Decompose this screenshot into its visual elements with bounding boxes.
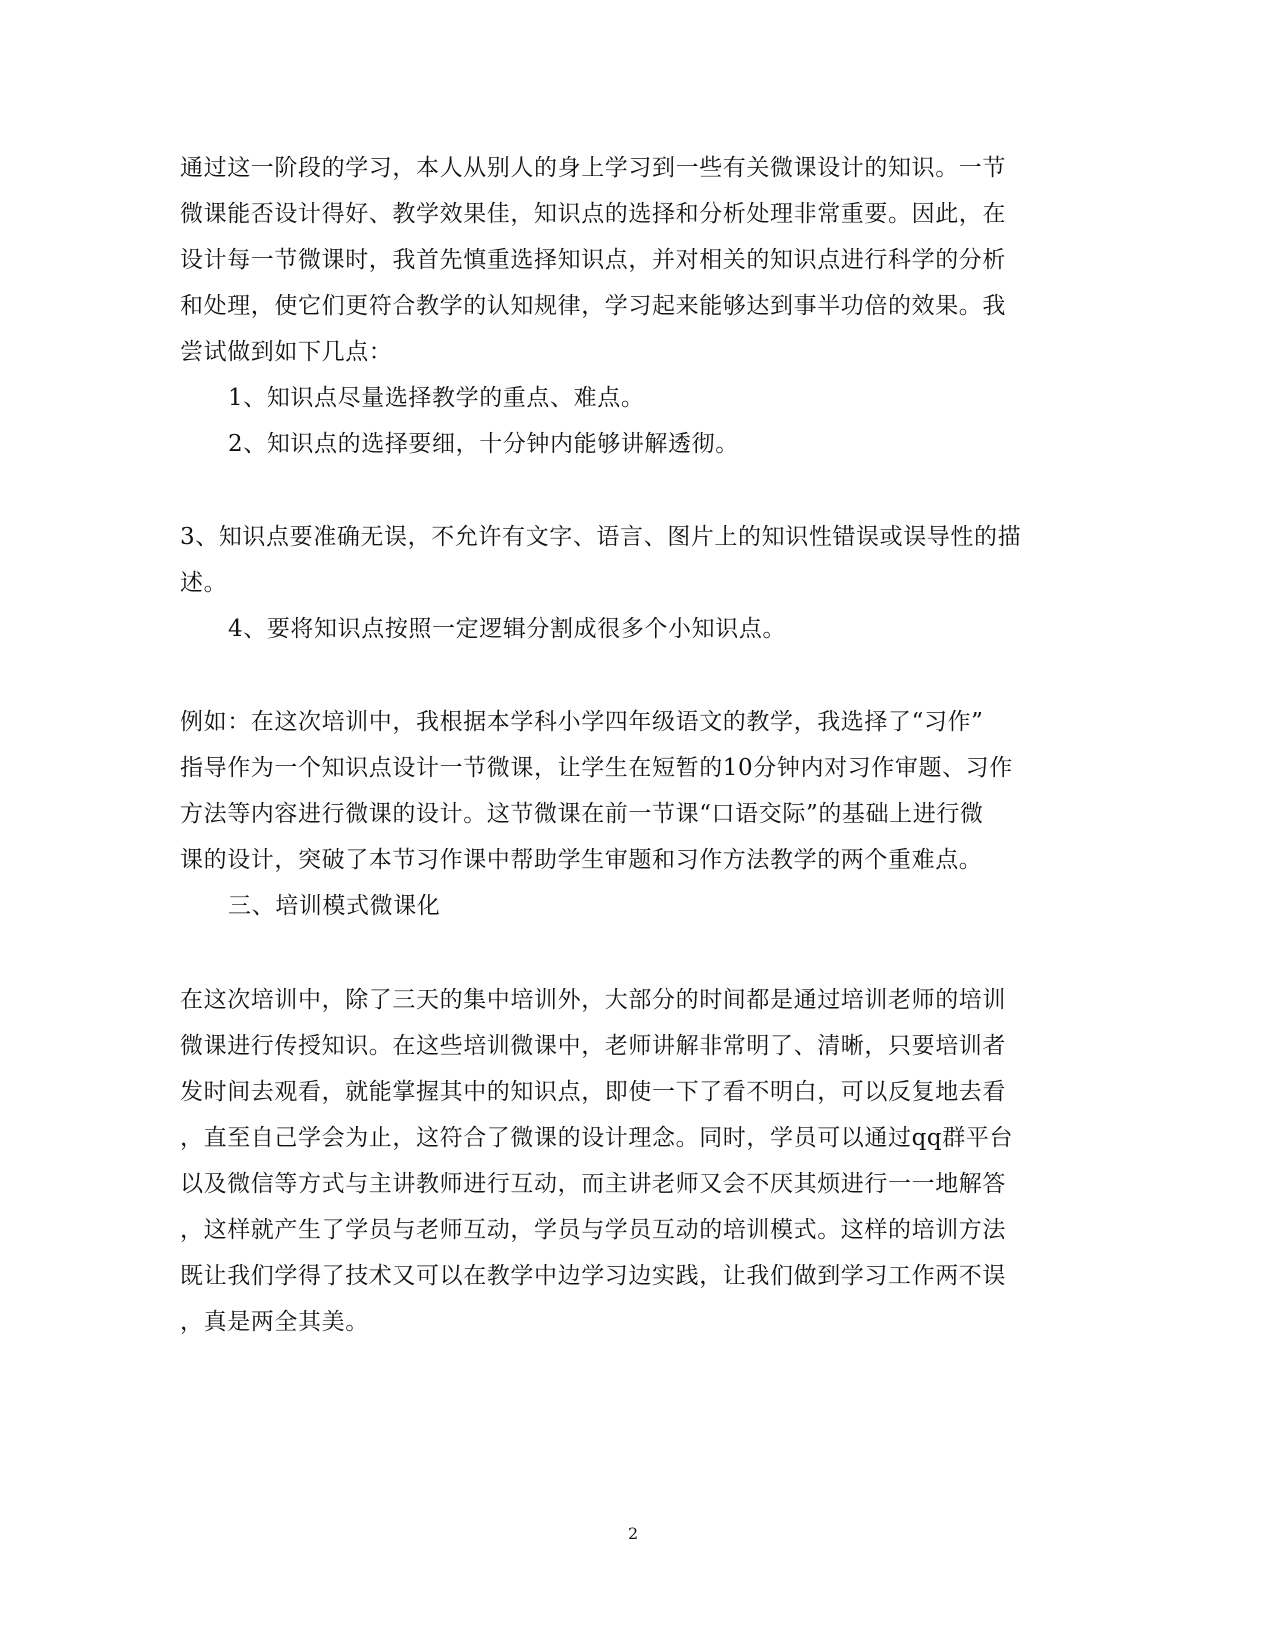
paragraph-line: 和处理，使它们更符合教学的认知规律，学习起来能够达到事半功倍的效果。我	[180, 291, 1006, 321]
list-item: 1、知识点尽量选择教学的重点、难点。	[228, 383, 644, 413]
paragraph-line: 微课进行传授知识。在这些培训微课中，老师讲解非常明了、清晰，只要培训者	[180, 1031, 1006, 1061]
paragraph-line: ，真是两全其美。	[180, 1307, 369, 1337]
paragraph-line: 通过这一阶段的学习，本人从别人的身上学习到一些有关微课设计的知识。一节	[180, 153, 1006, 183]
paragraph-line: ，直至自己学会为止，这符合了微课的设计理念。同时，学员可以通过qq群平台	[180, 1123, 1013, 1153]
paragraph-line: 微课能否设计得好、教学效果佳，知识点的选择和分析处理非常重要。因此，在	[180, 199, 1006, 229]
paragraph-line: 方法等内容进行微课的设计。这节微课在前一节课“口语交际”的基础上进行微	[180, 799, 984, 829]
paragraph-line: 以及微信等方式与主讲教师进行互动，而主讲老师又会不厌其烦进行一一地解答	[180, 1169, 1006, 1199]
list-item: 3、知识点要准确无误，不允许有文字、语言、图片上的知识性错误或误导性的描	[180, 522, 1021, 552]
page-number: 2	[628, 1524, 638, 1544]
paragraph-line: 在这次培训中，除了三天的集中培训外，大部分的时间都是通过培训老师的培训	[180, 985, 1006, 1015]
list-item: 2、知识点的选择要细，十分钟内能够讲解透彻。	[228, 429, 739, 459]
list-item: 4、要将知识点按照一定逻辑分割成很多个小知识点。	[228, 614, 786, 644]
paragraph-line: 既让我们学得了技术又可以在教学中边学习边实践，让我们做到学习工作两不误	[180, 1261, 1006, 1291]
paragraph-line: 尝试做到如下几点：	[180, 337, 392, 367]
paragraph-line: 设计每一节微课时，我首先慎重选择知识点，并对相关的知识点进行科学的分析	[180, 245, 1006, 275]
paragraph-line: 课的设计，突破了本节习作课中帮助学生审题和习作方法教学的两个重难点。	[180, 845, 982, 875]
paragraph-line: 指导作为一个知识点设计一节微课，让学生在短暂的10分钟内对习作审题、习作	[180, 753, 1013, 783]
paragraph-line: 发时间去观看，就能掌握其中的知识点，即使一下了看不明白，可以反复地去看	[180, 1077, 1006, 1107]
paragraph-line: ，这样就产生了学员与老师互动，学员与学员互动的培训模式。这样的培训方法	[180, 1215, 1006, 1245]
list-item-continuation: 述。	[180, 568, 227, 598]
paragraph-line: 例如：在这次培训中，我根据本学科小学四年级语文的教学，我选择了“习作”	[180, 707, 984, 737]
section-heading: 三、培训模式微课化	[228, 891, 440, 921]
